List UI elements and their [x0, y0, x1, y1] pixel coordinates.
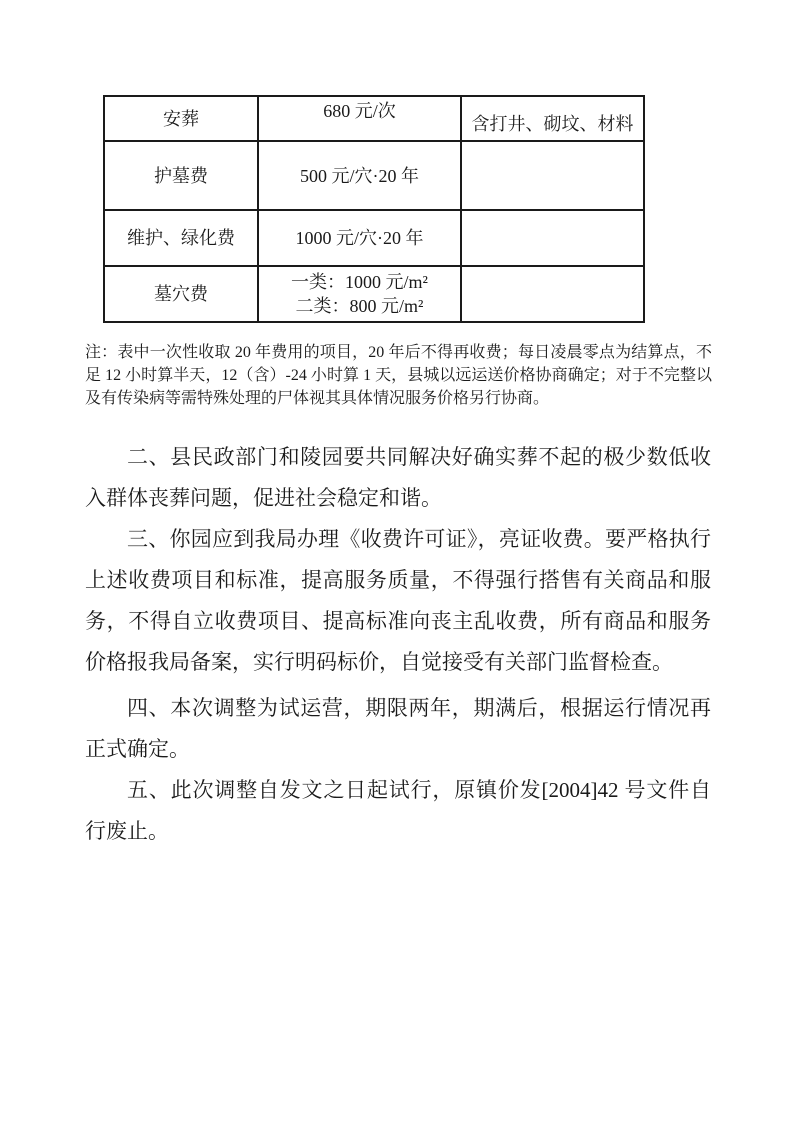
fee-remark-cell: 含打井、砌坟、材料 — [461, 96, 644, 141]
table-row: 墓穴费 一类：1000 元/m² 二类：800 元/m² — [104, 266, 644, 322]
fee-item-cell: 安葬 — [104, 96, 258, 141]
fee-price-cell: 一类：1000 元/m² 二类：800 元/m² — [258, 266, 461, 322]
paragraph-3: 三、你园应到我局办理《收费许可证》，亮证收费。要严格执行上述收费项目和标准，提高… — [85, 519, 711, 683]
table-row: 安葬 680 元/次 含打井、砌坟、材料 — [104, 96, 644, 141]
table-row: 维护、绿化费 1000 元/穴·20 年 — [104, 210, 644, 266]
fee-item-cell: 墓穴费 — [104, 266, 258, 322]
table-note: 注：表中一次性收取 20 年费用的项目，20 年后不得再收费；每日凌晨零点为结算… — [85, 341, 712, 410]
paragraph-2: 二、县民政部门和陵园要共同解决好确实葬不起的极少数低收入群体丧葬问题，促进社会稳… — [85, 437, 711, 519]
document-page: 安葬 680 元/次 含打井、砌坟、材料 护墓费 500 元/穴·20 年 维护… — [0, 0, 793, 1122]
fee-price-cell: 680 元/次 — [258, 96, 461, 141]
fee-price-cell: 500 元/穴·20 年 — [258, 141, 461, 210]
body-paragraphs: 二、县民政部门和陵园要共同解决好确实葬不起的极少数低收入群体丧葬问题，促进社会稳… — [85, 437, 711, 852]
fee-price-cell: 1000 元/穴·20 年 — [258, 210, 461, 266]
fee-remark-cell — [461, 210, 644, 266]
fee-item-cell: 护墓费 — [104, 141, 258, 210]
paragraph-5: 五、此次调整自发文之日起试行，原镇价发[2004]42 号文件自行废止。 — [85, 770, 711, 852]
fee-table: 安葬 680 元/次 含打井、砌坟、材料 护墓费 500 元/穴·20 年 维护… — [103, 95, 645, 323]
fee-item-cell: 维护、绿化费 — [104, 210, 258, 266]
fee-remark-cell — [461, 266, 644, 322]
fee-remark-cell — [461, 141, 644, 210]
table-row: 护墓费 500 元/穴·20 年 — [104, 141, 644, 210]
paragraph-4: 四、本次调整为试运营，期限两年，期满后，根据运行情况再正式确定。 — [85, 688, 711, 770]
